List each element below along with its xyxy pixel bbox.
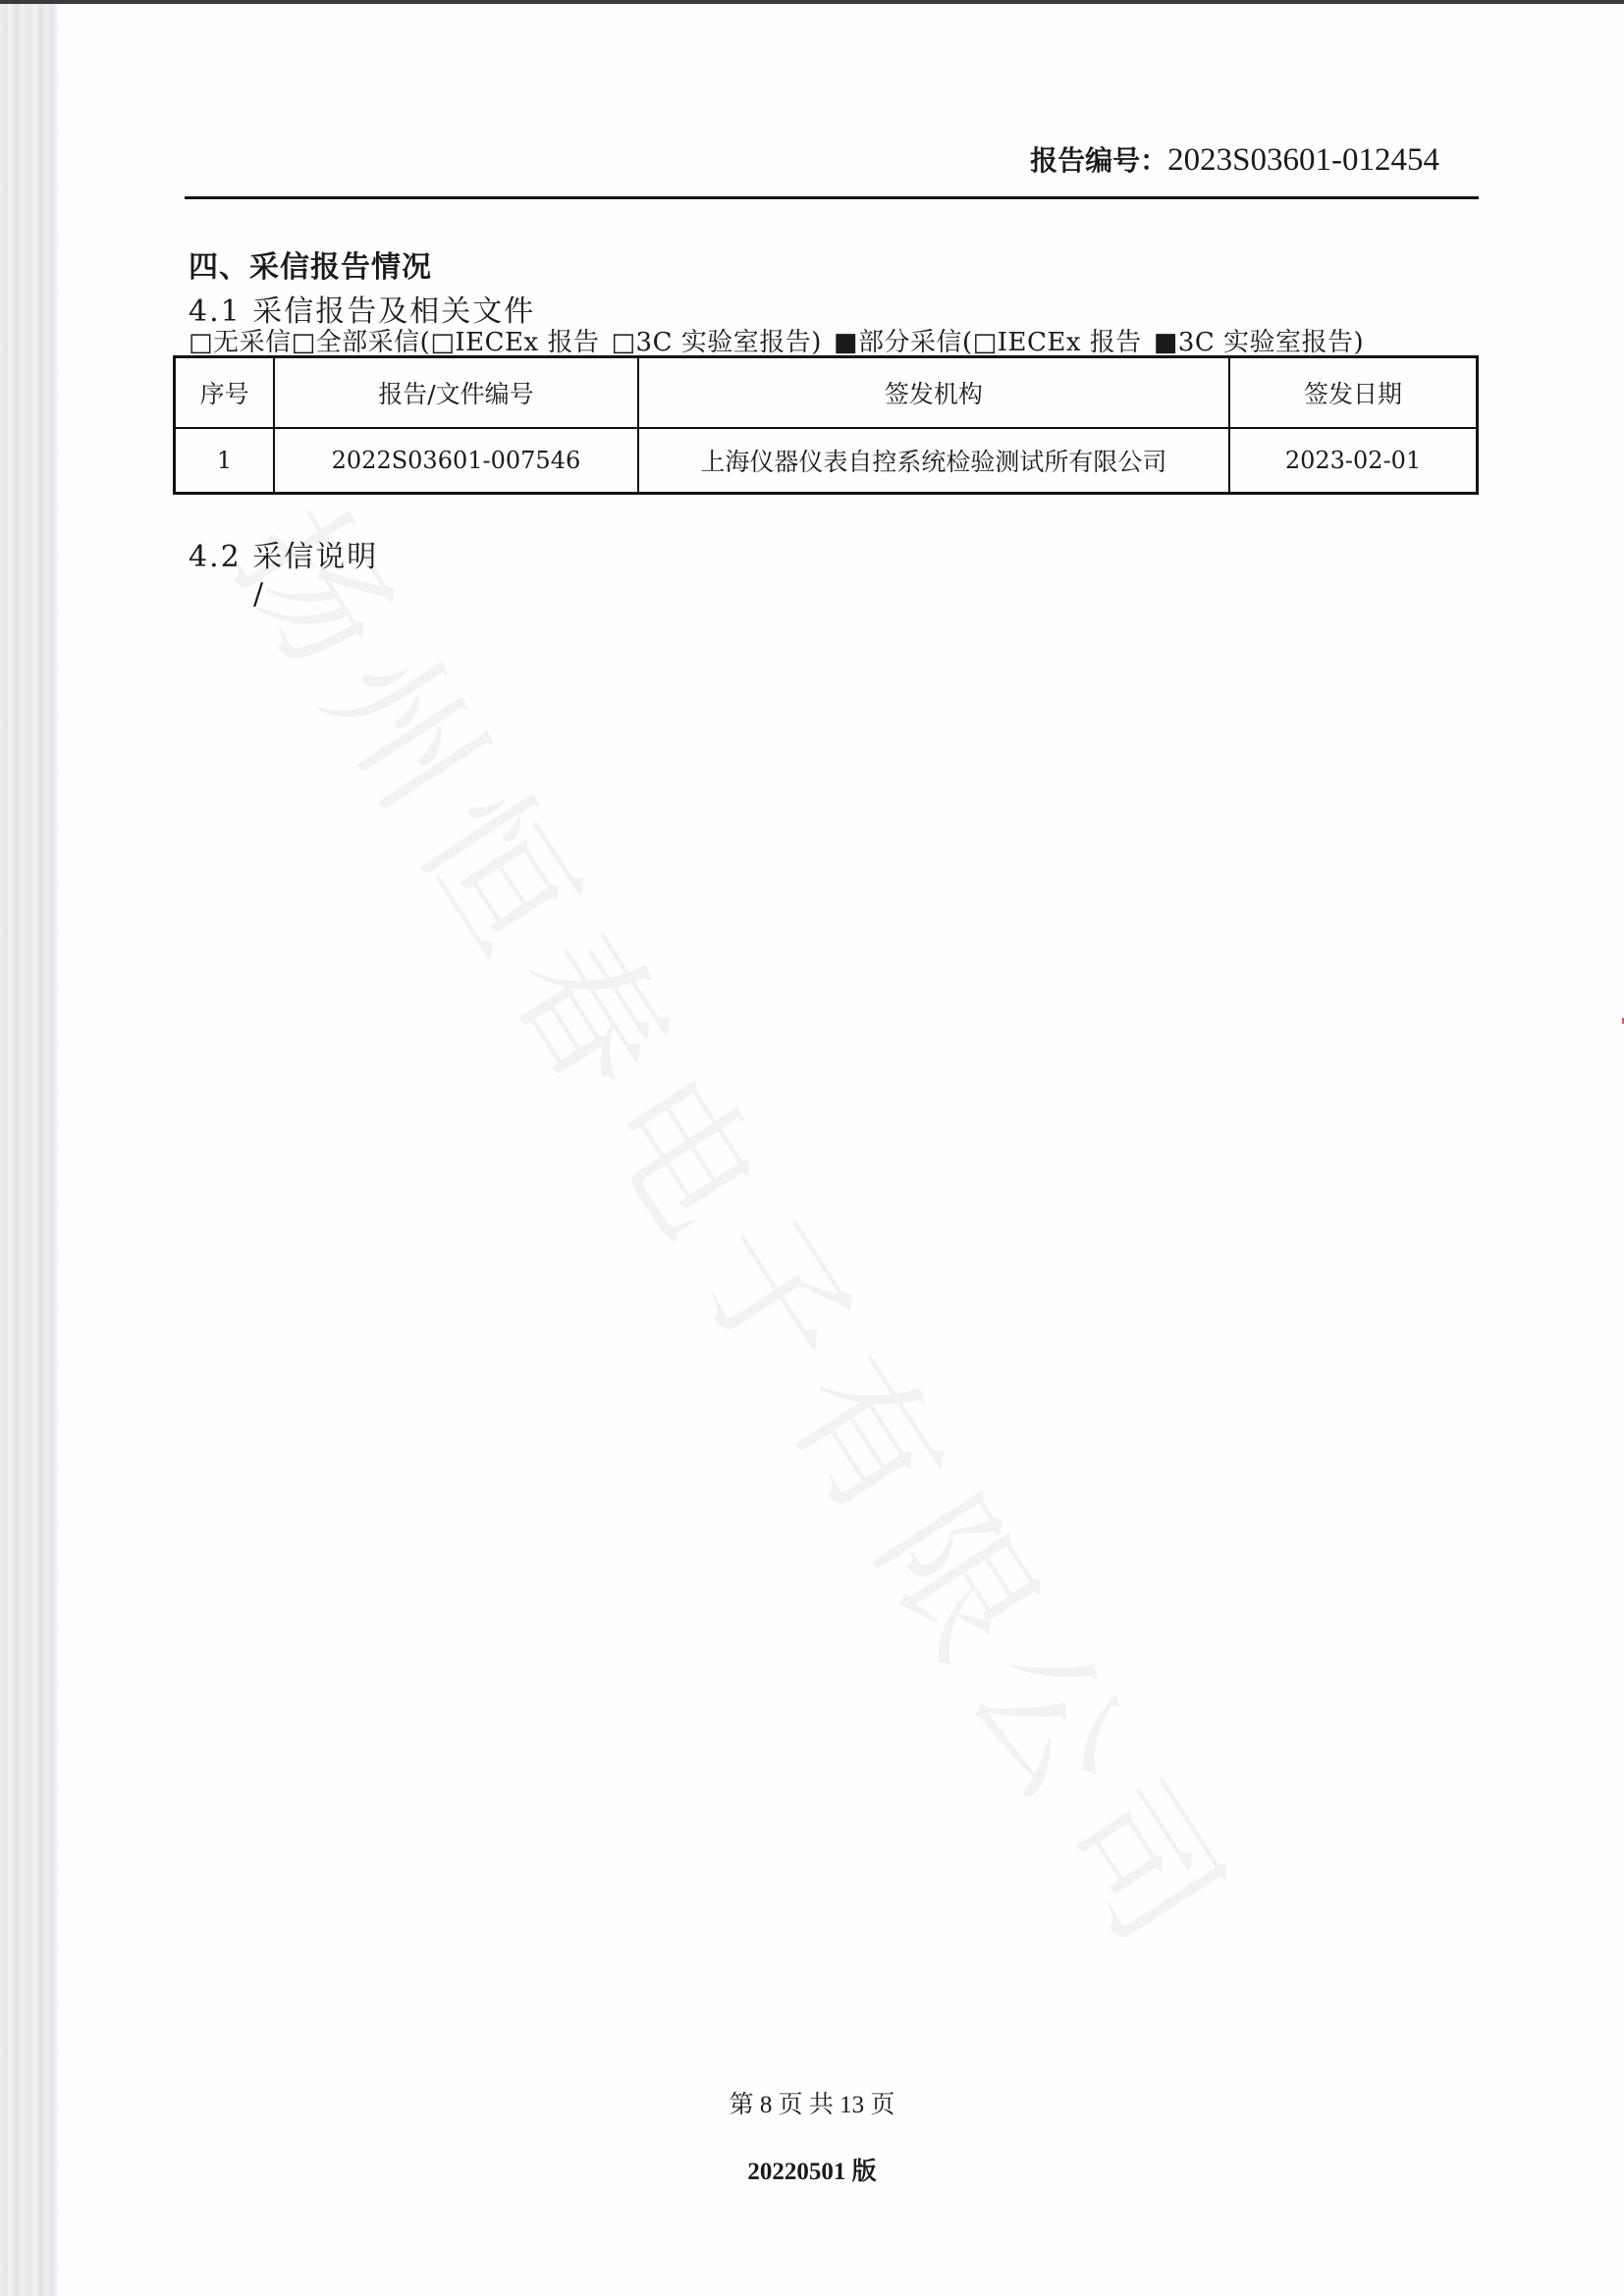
subsection-title-4-2: 4.2 采信说明 xyxy=(189,532,378,575)
cell-report-no: 2022S03601-007546 xyxy=(274,428,638,494)
option-label: IECEx 报告 xyxy=(455,328,599,357)
unchecked-box-icon: □ xyxy=(189,328,213,357)
form-version: 20220501 版 xyxy=(0,2152,1624,2187)
col-header-date: 签发日期 xyxy=(1229,357,1477,429)
cell-issuer: 上海仪器仪表自控系统检验测试所有限公司 xyxy=(638,428,1229,494)
option-label: 无采信 xyxy=(213,328,292,357)
option-label: 3C 实验室报告) xyxy=(636,328,822,357)
stacked-page-edges xyxy=(0,4,59,2296)
report-number-label: 报告编号： xyxy=(1030,144,1167,177)
col-header-issuer: 签发机构 xyxy=(638,357,1229,429)
table-header-row: 序号 报告/文件编号 签发机构 签发日期 xyxy=(175,357,1478,429)
report-number: 报告编号：2023S03601-012454 xyxy=(1030,139,1439,179)
col-header-no: 序号 xyxy=(175,357,275,429)
report-number-value: 2023S03601-012454 xyxy=(1167,142,1439,178)
option-label: 3C 实验室报告) xyxy=(1178,328,1364,357)
unchecked-box-icon: □ xyxy=(292,328,316,357)
cell-date: 2023-02-01 xyxy=(1229,428,1477,494)
option-label: 部分采信( xyxy=(858,328,973,357)
header-rule xyxy=(185,196,1479,199)
unchecked-box-icon: □ xyxy=(611,328,635,357)
checked-box-icon: ■ xyxy=(834,328,858,357)
cell-no: 1 xyxy=(175,428,275,494)
option-label: IECEx 报告 xyxy=(998,328,1142,357)
unchecked-box-icon: □ xyxy=(973,328,998,357)
option-label: 全部采信( xyxy=(316,328,431,357)
col-header-report-no: 报告/文件编号 xyxy=(274,357,638,429)
page-number: 第 8 页 共 13 页 xyxy=(0,2085,1624,2120)
credited-reports-table: 序号 报告/文件编号 签发机构 签发日期 1 2022S03601-007546… xyxy=(173,355,1479,495)
credit-options-line: □无采信□全部采信(□IECEx 报告□3C 实验室报告)■部分采信(□IECE… xyxy=(189,322,1364,358)
unchecked-box-icon: □ xyxy=(430,328,455,357)
checked-box-icon: ■ xyxy=(1154,328,1178,357)
table-row: 1 2022S03601-007546 上海仪器仪表自控系统检验测试所有限公司 … xyxy=(175,428,1478,494)
credit-explanation: / xyxy=(253,577,263,612)
section-title: 四、采信报告情况 xyxy=(189,242,432,286)
